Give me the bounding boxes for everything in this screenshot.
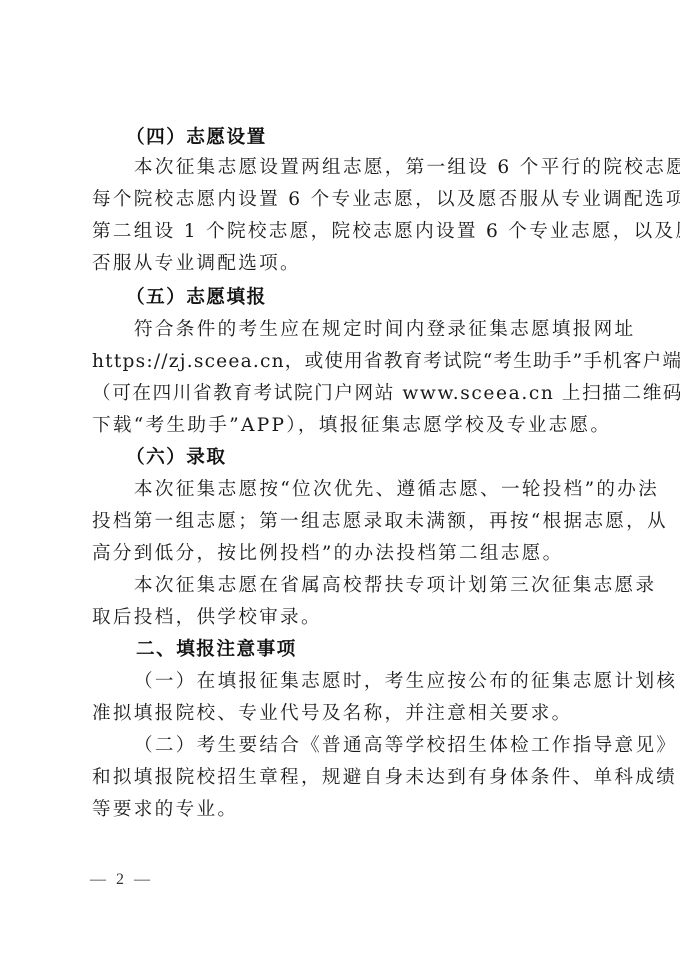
paragraph-line: 等要求的专业。 bbox=[92, 798, 598, 822]
paragraph-line: 本次征集志愿设置两组志愿，第一组设 6 个平行的院校志愿， bbox=[134, 156, 598, 180]
section-heading-filling: （五）志愿填报 bbox=[126, 286, 267, 310]
paragraph-line: 每个院校志愿内设置 6 个专业志愿，以及愿否服从专业调配选项； bbox=[92, 188, 598, 212]
section-heading-settings: （四）志愿设置 bbox=[126, 126, 267, 150]
paragraph-line: 下载“考生助手”APP），填报征集志愿学校及专业志愿。 bbox=[92, 414, 598, 438]
document-page: （四）志愿设置 本次征集志愿设置两组志愿，第一组设 6 个平行的院校志愿， 每个… bbox=[0, 0, 680, 961]
paragraph-line: 第二组设 1 个院校志愿，院校志愿内设置 6 个专业志愿，以及愿 bbox=[92, 220, 598, 244]
paragraph-line: 本次征集志愿按“位次优先、遵循志愿、一轮投档”的办法 bbox=[134, 478, 598, 502]
paragraph-line-url: https://zj.sceea.cn，或使用省教育考试院“考生助手”手机客户端 bbox=[92, 350, 598, 374]
paragraph-line: 否服从专业调配选项。 bbox=[92, 252, 598, 276]
paragraph-line: 高分到低分，按比例投档”的办法投档第二组志愿。 bbox=[92, 542, 598, 566]
section-heading-admission: （六）录取 bbox=[126, 446, 226, 470]
section-heading-notes: 二、填报注意事项 bbox=[136, 638, 297, 662]
paragraph-line: （一）在填报征集志愿时，考生应按公布的征集志愿计划核 bbox=[134, 670, 598, 694]
paragraph-line: 本次征集志愿在省属高校帮扶专项计划第三次征集志愿录 bbox=[134, 574, 598, 598]
paragraph-line: 和拟填报院校招生章程，规避自身未达到有身体条件、单科成绩 bbox=[92, 766, 598, 790]
paragraph-line: 准拟填报院校、专业代号及名称，并注意相关要求。 bbox=[92, 702, 598, 726]
paragraph-line: 投档第一组志愿；第一组志愿录取未满额，再按“根据志愿，从 bbox=[92, 510, 598, 534]
paragraph-line: 符合条件的考生应在规定时间内登录征集志愿填报网址 bbox=[134, 318, 598, 342]
paragraph-line: （可在四川省教育考试院门户网站 www.sceea.cn 上扫描二维码 bbox=[92, 382, 598, 406]
paragraph-line: （二）考生要结合《普通高等学校招生体检工作指导意见》 bbox=[134, 734, 598, 758]
paragraph-line: 取后投档，供学校审录。 bbox=[92, 606, 598, 630]
page-number: — 2 — bbox=[90, 871, 153, 889]
